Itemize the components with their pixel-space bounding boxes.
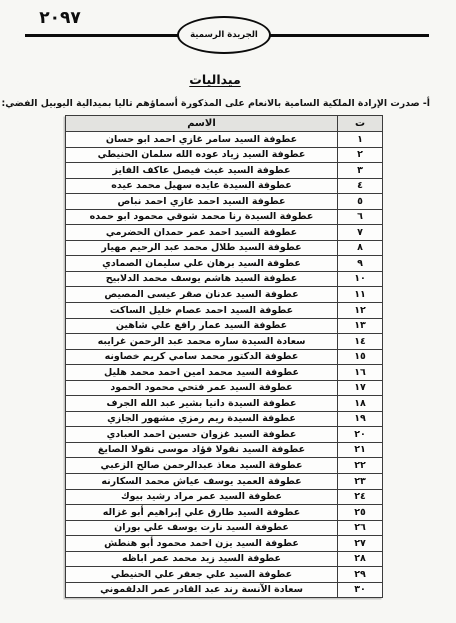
row-number: ١٩: [338, 411, 383, 427]
row-name: عطوفة السيدة رنا محمد شوقي محمود ابو حمد…: [66, 209, 338, 225]
row-name: عطوفة الدكتور محمد سامي كريم خصاونه: [66, 349, 338, 365]
row-name: عطوفة السيد معاذ عبدالرحمن صالح الزعبي: [66, 458, 338, 474]
table-header-row: ت الاسم: [66, 116, 383, 132]
table-row: ٢٩ عطوفة السيد علي جعفر علي الحنيطي: [66, 567, 383, 583]
row-number: ٣٠: [338, 582, 383, 598]
table-row: ١٢ عطوفة السيد احمد عصام خليل الساكت: [66, 303, 383, 319]
row-name: عطوفة السيد نارت يوسف علي بوران: [66, 520, 338, 536]
table-row: ٥ عطوفة السيد احمد غازي احمد نباص: [66, 194, 383, 210]
row-number: ١١: [338, 287, 383, 303]
table-row: ٨ عطوفة السيد طلال محمد عبد الرحيم مهيار: [66, 240, 383, 256]
table-row: ١٥ عطوفة الدكتور محمد سامي كريم خصاونه: [66, 349, 383, 365]
row-number: ٨: [338, 240, 383, 256]
table-row: ١٦ عطوفة السيد محمد امين احمد محمد هليل: [66, 365, 383, 381]
table-row: ٢٦ عطوفة السيد نارت يوسف علي بوران: [66, 520, 383, 536]
row-name: عطوفة السيد زياد عوده الله سلمان الحنيطي: [66, 147, 338, 163]
row-name: عطوفة السيد غيث فيصل عاكف الفايز: [66, 163, 338, 179]
table-row: ٢ عطوفة السيد زياد عوده الله سلمان الحني…: [66, 147, 383, 163]
table-row: ٢٨ عطوفة السيد زيد محمد عمر اباظه: [66, 551, 383, 567]
row-number: ٢١: [338, 442, 383, 458]
row-name: عطوفة السيد احمد عمر حمدان الحضرمي: [66, 225, 338, 241]
row-number: ٢٩: [338, 567, 383, 583]
table-row: ٣ عطوفة السيد غيث فيصل عاكف الفايز: [66, 163, 383, 179]
row-name: عطوفة السيد يزن احمد محمود أبو هنطش: [66, 536, 338, 552]
row-number: ١٤: [338, 334, 383, 350]
row-number: ١٨: [338, 396, 383, 412]
row-name: عطوفة السيد احمد عصام خليل الساكت: [66, 303, 338, 319]
gazette-page: ٢٠٩٧ الجريدة الرسمية ميداليات أ- صدرت ال…: [0, 0, 456, 623]
row-name: عطوفة السيد علي جعفر علي الحنيطي: [66, 567, 338, 583]
medals-table: ت الاسم ١ عطوفة السيد سامر غازي احمد ابو…: [65, 115, 383, 598]
row-name: عطوفة السيد نقولا فؤاد موسى نقولا الصايغ: [66, 442, 338, 458]
column-header-index: ت: [338, 116, 383, 132]
row-name: عطوفة السيد هاشم يوسف محمد الدلابيح: [66, 271, 338, 287]
row-name: عطوفة السيد برهان علي سليمان الصمادي: [66, 256, 338, 272]
row-name: عطوفة السيد عمر مراد رشيد بيوك: [66, 489, 338, 505]
row-name: عطوفة السيد عمار رافع علي شاهين: [66, 318, 338, 334]
row-number: ١٥: [338, 349, 383, 365]
table-row: ٢٣ عطوفة العميد يوسف عياش محمد السكارنه: [66, 474, 383, 490]
row-name: عطوفة السيد محمد امين احمد محمد هليل: [66, 365, 338, 381]
row-number: ٣: [338, 163, 383, 179]
row-number: ٥: [338, 194, 383, 210]
row-name: عطوفة السيد سامر غازي احمد ابو حسان: [66, 132, 338, 148]
table-row: ٦ عطوفة السيدة رنا محمد شوقي محمود ابو ح…: [66, 209, 383, 225]
table-row: ١٩ عطوفة السيدة ريم رمزي مشهور الجازي: [66, 411, 383, 427]
row-number: ١٠: [338, 271, 383, 287]
table-row: ١٤ سعادة السيدة ساره محمد عبد الرحمن غرا…: [66, 334, 383, 350]
row-name: عطوفة السيدة دانيا بشير عبد الله الجرف: [66, 396, 338, 412]
table-body: ١ عطوفة السيد سامر غازي احمد ابو حسان ٢ …: [66, 132, 383, 598]
row-number: ٢٣: [338, 474, 383, 490]
table-row: ٢٠ عطوفة السيد غزوان حسين احمد العبادي: [66, 427, 383, 443]
table-row: ٤ عطوفة السيدة عايده سهيل محمد عيده: [66, 178, 383, 194]
table-row: ٢٧ عطوفة السيد يزن احمد محمود أبو هنطش: [66, 536, 383, 552]
row-number: ٢٧: [338, 536, 383, 552]
table-row: ١١ عطوفة السيد عدنان صقر عيسى المصيص: [66, 287, 383, 303]
table-row: ٢١ عطوفة السيد نقولا فؤاد موسى نقولا الص…: [66, 442, 383, 458]
row-name: عطوفة السيد عدنان صقر عيسى المصيص: [66, 287, 338, 303]
column-header-name: الاسم: [66, 116, 338, 132]
row-number: ١٧: [338, 380, 383, 396]
row-number: ٤: [338, 178, 383, 194]
masthead-title: الجريدة الرسمية: [190, 30, 258, 40]
row-number: ١: [338, 132, 383, 148]
row-number: ١٣: [338, 318, 383, 334]
row-name: عطوفة السيدة ريم رمزي مشهور الجازي: [66, 411, 338, 427]
row-name: عطوفة السيد احمد غازي احمد نباص: [66, 194, 338, 210]
table-row: ٩ عطوفة السيد برهان علي سليمان الصمادي: [66, 256, 383, 272]
table-row: ٢٤ عطوفة السيد عمر مراد رشيد بيوك: [66, 489, 383, 505]
row-number: ٧: [338, 225, 383, 241]
table-row: ١٧ عطوفة السيد عمر فتحي محمود الحمود: [66, 380, 383, 396]
row-name: عطوفة السيد طلال محمد عبد الرحيم مهيار: [66, 240, 338, 256]
row-number: ٦: [338, 209, 383, 225]
row-name: عطوفة السيد طارق علي إبراهيم أبو غزاله: [66, 505, 338, 521]
table-row: ١٣ عطوفة السيد عمار رافع علي شاهين: [66, 318, 383, 334]
table-row: ١٨ عطوفة السيدة دانيا بشير عبد الله الجر…: [66, 396, 383, 412]
row-number: ٢٠: [338, 427, 383, 443]
row-number: ٢٨: [338, 551, 383, 567]
row-number: ١٦: [338, 365, 383, 381]
row-name: عطوفة السيد عمر فتحي محمود الحمود: [66, 380, 338, 396]
intro-paragraph: أ- صدرت الإرادة الملكية السامية بالانعام…: [24, 98, 430, 109]
table-row: ١٠ عطوفة السيد هاشم يوسف محمد الدلابيح: [66, 271, 383, 287]
row-number: ٩: [338, 256, 383, 272]
table-row: ٢٥ عطوفة السيد طارق علي إبراهيم أبو غزال…: [66, 505, 383, 521]
section-title: ميداليات: [0, 69, 456, 88]
table-row: ١ عطوفة السيد سامر غازي احمد ابو حسان: [66, 132, 383, 148]
row-number: ٢: [338, 147, 383, 163]
row-name: سعادة السيدة ساره محمد عبد الرحمن غرايبه: [66, 334, 338, 350]
page-number: ٢٠٩٧: [28, 8, 92, 28]
section-title-text: ميداليات: [189, 72, 240, 87]
table-row: ٢٢ عطوفة السيد معاذ عبدالرحمن صالح الزعب…: [66, 458, 383, 474]
row-number: ١٢: [338, 303, 383, 319]
row-name: سعادة الآنسة رند عبد القادر عمر الدلقمون…: [66, 582, 338, 598]
row-number: ٢٦: [338, 520, 383, 536]
row-name: عطوفة السيدة عايده سهيل محمد عيده: [66, 178, 338, 194]
row-number: ٢٢: [338, 458, 383, 474]
table-row: ٣٠ سعادة الآنسة رند عبد القادر عمر الدلق…: [66, 582, 383, 598]
masthead-oval: الجريدة الرسمية: [177, 16, 271, 54]
table-row: ٧ عطوفة السيد احمد عمر حمدان الحضرمي: [66, 225, 383, 241]
row-name: عطوفة العميد يوسف عياش محمد السكارنه: [66, 474, 338, 490]
row-number: ٢٥: [338, 505, 383, 521]
row-name: عطوفة السيد زيد محمد عمر اباظه: [66, 551, 338, 567]
row-name: عطوفة السيد غزوان حسين احمد العبادي: [66, 427, 338, 443]
row-number: ٢٤: [338, 489, 383, 505]
table-head: ت الاسم: [66, 116, 383, 132]
